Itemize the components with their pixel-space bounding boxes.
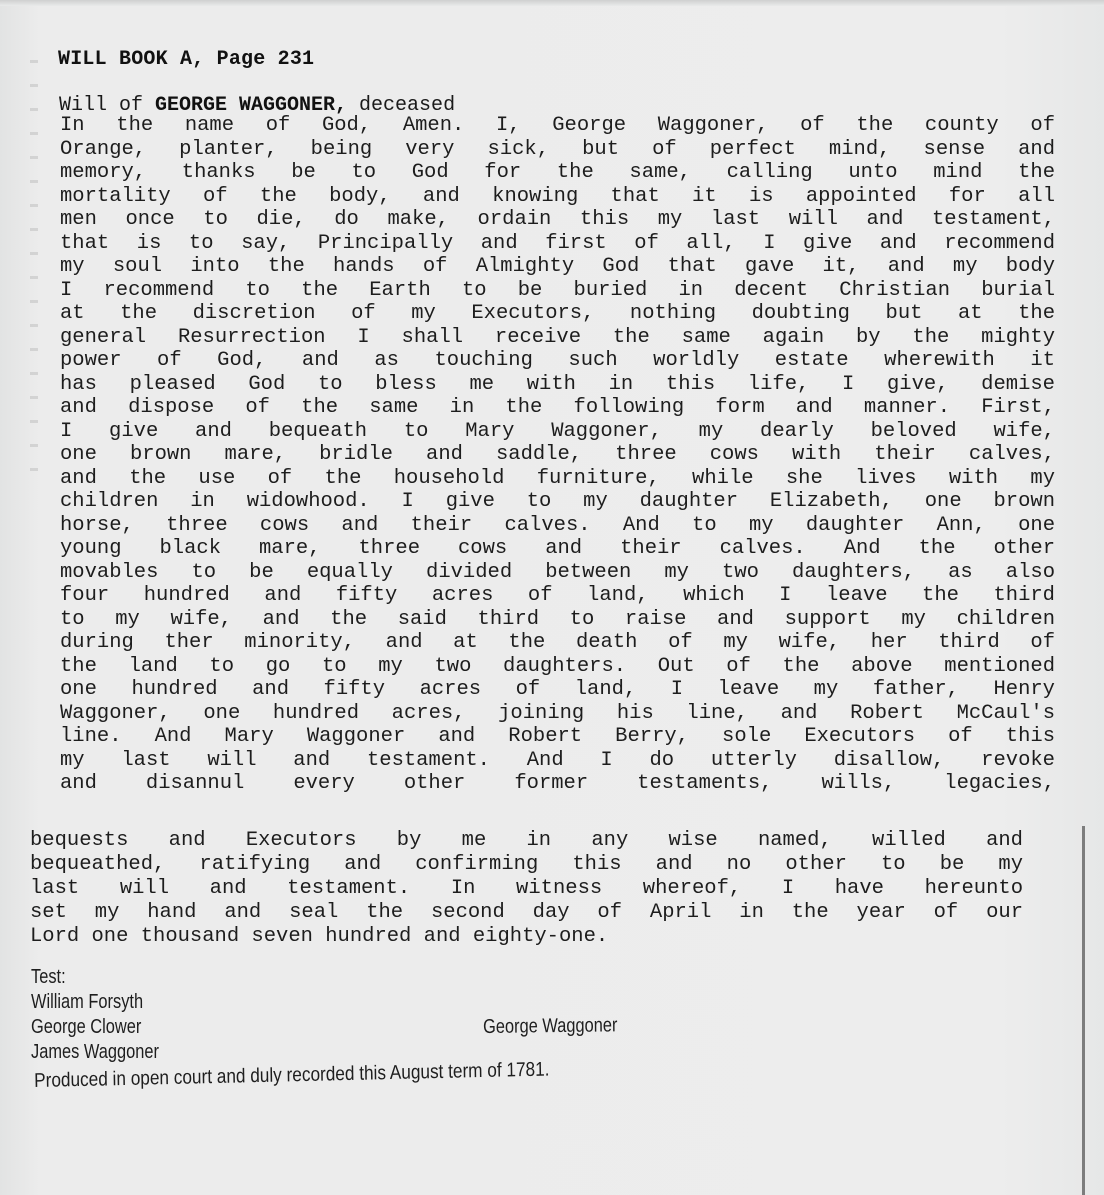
text-line: In the name of God, Amen. I, George Wagg… — [60, 114, 1055, 138]
text-line: movables to be equally divided between m… — [60, 561, 1055, 585]
scan-top-edge — [0, 0, 1104, 6]
text-line: children in widowhood. I give to my daug… — [60, 490, 1055, 514]
test-label: Test: — [31, 965, 159, 990]
text-line: line. And Mary Waggoner and Robert Berry… — [60, 725, 1055, 749]
text-line: horse, three cows and their calves. And … — [60, 514, 1055, 538]
text-line: mortality of the body, and knowing that … — [60, 185, 1055, 209]
text-line: Waggoner, one hundred acres, joining his… — [60, 702, 1055, 726]
text-line: and disannul every other former testamen… — [60, 772, 1055, 796]
text-line: bequests and Executors by me in any wise… — [30, 829, 1023, 853]
text-line: during ther minority, and at the death o… — [60, 631, 1055, 655]
text-line: and the use of the household furniture, … — [60, 467, 1055, 491]
text-line: set my hand and seal the second day of A… — [30, 901, 1023, 925]
text-line: my last will and testament. And I do utt… — [60, 749, 1055, 773]
will-body: In the name of God, Amen. I, George Wagg… — [60, 114, 1055, 796]
text-line: my soul into the hands of Almighty God t… — [60, 255, 1055, 279]
text-line: the land to go to my two daughters. Out … — [60, 655, 1055, 679]
text-line: four hundred and fifty acres of land, wh… — [60, 584, 1055, 608]
right-margin-rule — [1082, 826, 1085, 1195]
left-margin-marks — [30, 60, 38, 480]
text-line: one hundred and fifty acres of land, I l… — [60, 678, 1055, 702]
scanned-page: WILL BOOK A, Page 231 Will of GEORGE WAG… — [0, 0, 1104, 1195]
text-line: and dispose of the same in the following… — [60, 396, 1055, 420]
text-line: power of God, and as touching such world… — [60, 349, 1055, 373]
text-line: general Resurrection I shall receive the… — [60, 326, 1055, 350]
text-line: has pleased God to bless me with in this… — [60, 373, 1055, 397]
witness-name: William Forsyth — [31, 990, 159, 1015]
text-line: memory, thanks be to God for the same, c… — [60, 161, 1055, 185]
text-line: bequeathed, ratifying and confirming thi… — [30, 853, 1023, 877]
witness-block: Test: William Forsyth George Clower Jame… — [31, 965, 159, 1065]
text-line: at the discretion of my Executors, nothi… — [60, 302, 1055, 326]
witness-name: James Waggoner — [31, 1040, 159, 1065]
text-line: Orange, planter, being very sick, but of… — [60, 138, 1055, 162]
text-line: Lord one thousand seven hundred and eigh… — [30, 925, 1023, 949]
text-line: young black mare, three cows and their c… — [60, 537, 1055, 561]
witness-name: George Clower — [31, 1015, 159, 1040]
text-line: one brown mare, bridle and saddle, three… — [60, 443, 1055, 467]
text-line: I give and bequeath to Mary Waggoner, my… — [60, 420, 1055, 444]
testator-signature: George Waggoner — [483, 1014, 618, 1039]
text-line: last will and testament. In witness wher… — [30, 877, 1023, 901]
text-line: I recommend to the Earth to be buried in… — [60, 279, 1055, 303]
text-line: to my wife, and the said third to raise … — [60, 608, 1055, 632]
page-header: WILL BOOK A, Page 231 — [58, 48, 314, 71]
text-line: men once to die, do make, ordain this my… — [60, 208, 1055, 232]
text-line: that is to say, Principally and first of… — [60, 232, 1055, 256]
will-continuation: bequests and Executors by me in any wise… — [30, 829, 1023, 949]
